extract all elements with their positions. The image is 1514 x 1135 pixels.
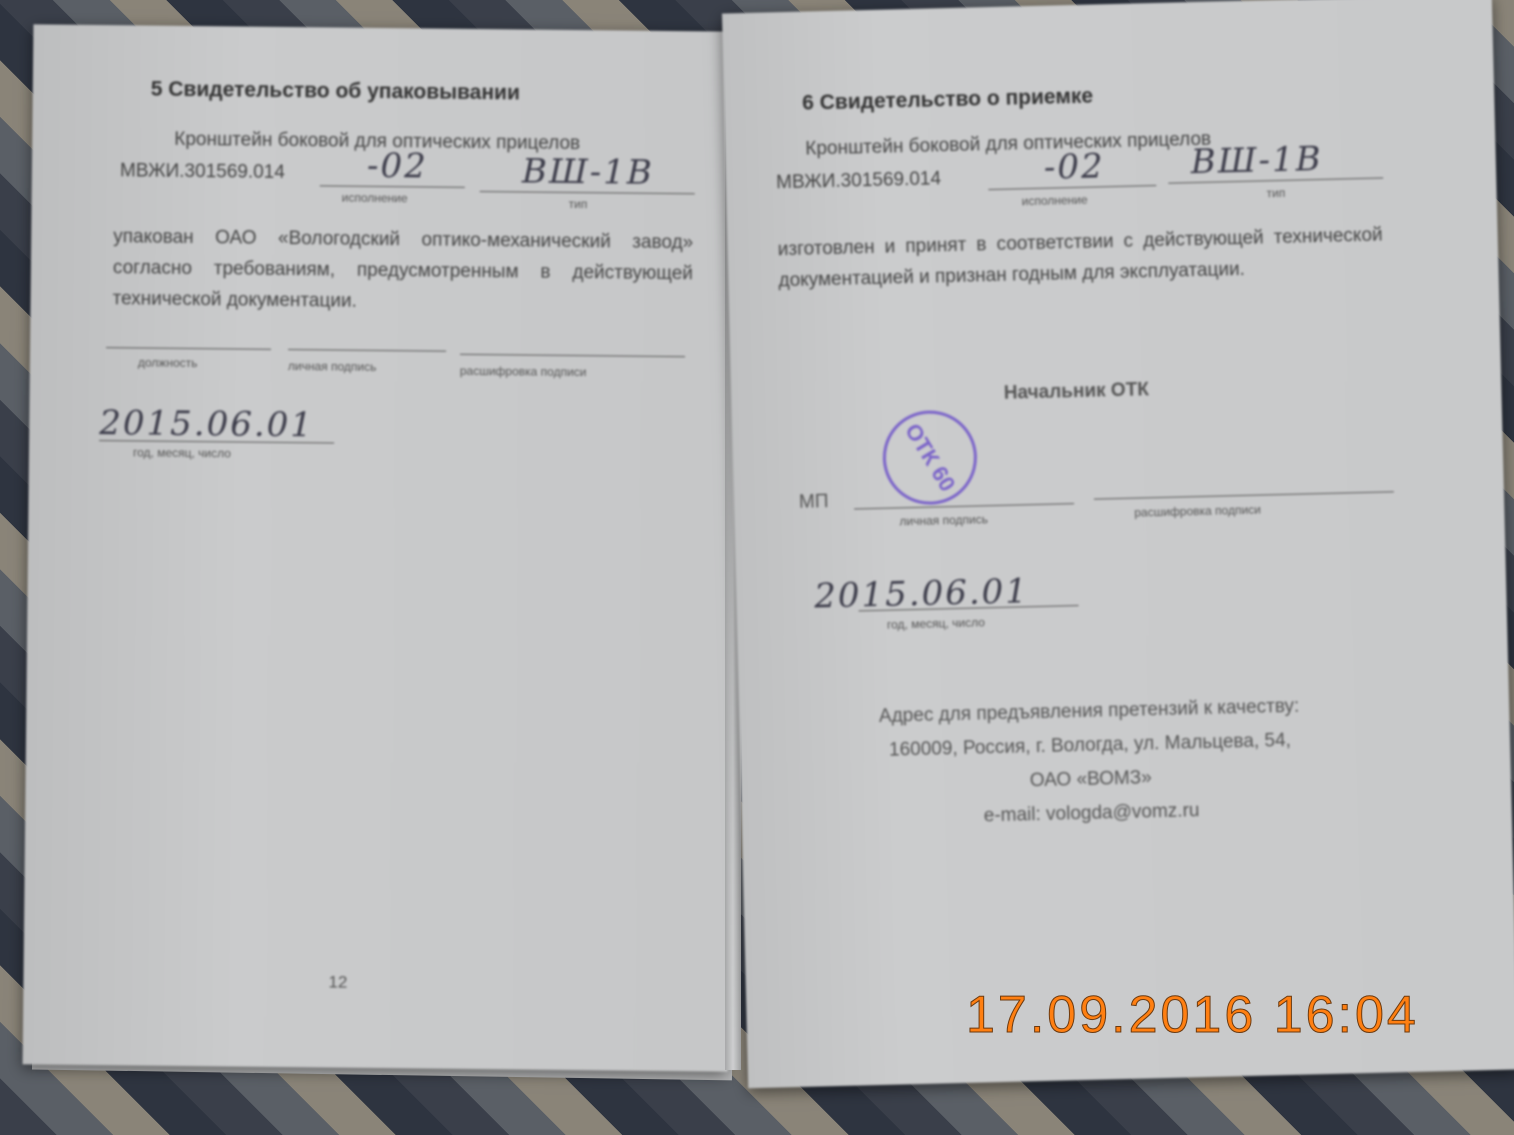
right-product-code: МВЖИ.301569.014 <box>776 163 942 198</box>
right-body-text: изготовлен и принят в соответствии с дей… <box>777 219 1383 296</box>
left-caption-signature: личная подпись <box>288 359 377 374</box>
right-handwritten-type: ВШ-1В <box>1190 139 1323 182</box>
right-signer-title: Начальник ОТК <box>966 372 1187 411</box>
left-heading: 5 Свидетельство об упаковывании <box>151 78 520 106</box>
left-caption-decode: расшифровка подписи <box>460 364 587 379</box>
left-caption-date: год, месяц, число <box>133 445 231 460</box>
left-caption-type: тип <box>569 197 588 211</box>
right-decode-line <box>1094 491 1394 499</box>
left-signature-line <box>288 349 446 352</box>
otk-stamp: ОТК 60 <box>865 393 994 522</box>
left-caption-variant: исполнение <box>342 191 408 206</box>
left-body-text: упакован ОАО «Вологодский оптико-механич… <box>112 221 693 320</box>
right-mp-label: МП <box>799 491 829 514</box>
right-caption-variant: исполнение <box>1021 193 1087 209</box>
right-heading: 6 Свидетельство о приемке <box>802 85 1093 116</box>
right-handwritten-variant: -02 <box>1043 146 1105 187</box>
right-address-block: Адрес для предъявления претензий к качес… <box>789 687 1392 838</box>
left-page-number: 12 <box>328 972 347 992</box>
left-product-code: МВЖИ.301569.014 <box>120 155 285 188</box>
left-caption-position: должность <box>138 355 198 370</box>
left-handwritten-type: ВШ-1В <box>522 151 654 192</box>
right-caption-decode: расшифровка подписи <box>1134 503 1261 520</box>
left-handwritten-date: 2015.06.01 <box>99 403 314 445</box>
left-handwritten-variant: -02 <box>367 146 428 187</box>
right-signature-line <box>854 503 1074 509</box>
left-page: 5 Свидетельство об упаковывании Кронштей… <box>23 24 739 1071</box>
right-page: 6 Свидетельство о приемке Кронштейн боко… <box>722 0 1514 1088</box>
right-caption-signature: личная подпись <box>899 512 988 528</box>
left-position-line <box>106 347 271 350</box>
left-decode-line <box>460 354 685 357</box>
camera-timestamp: 17.09.2016 16:04 <box>966 985 1419 1045</box>
right-caption-type: тип <box>1266 186 1285 200</box>
right-caption-date: год, месяц, число <box>887 615 985 631</box>
